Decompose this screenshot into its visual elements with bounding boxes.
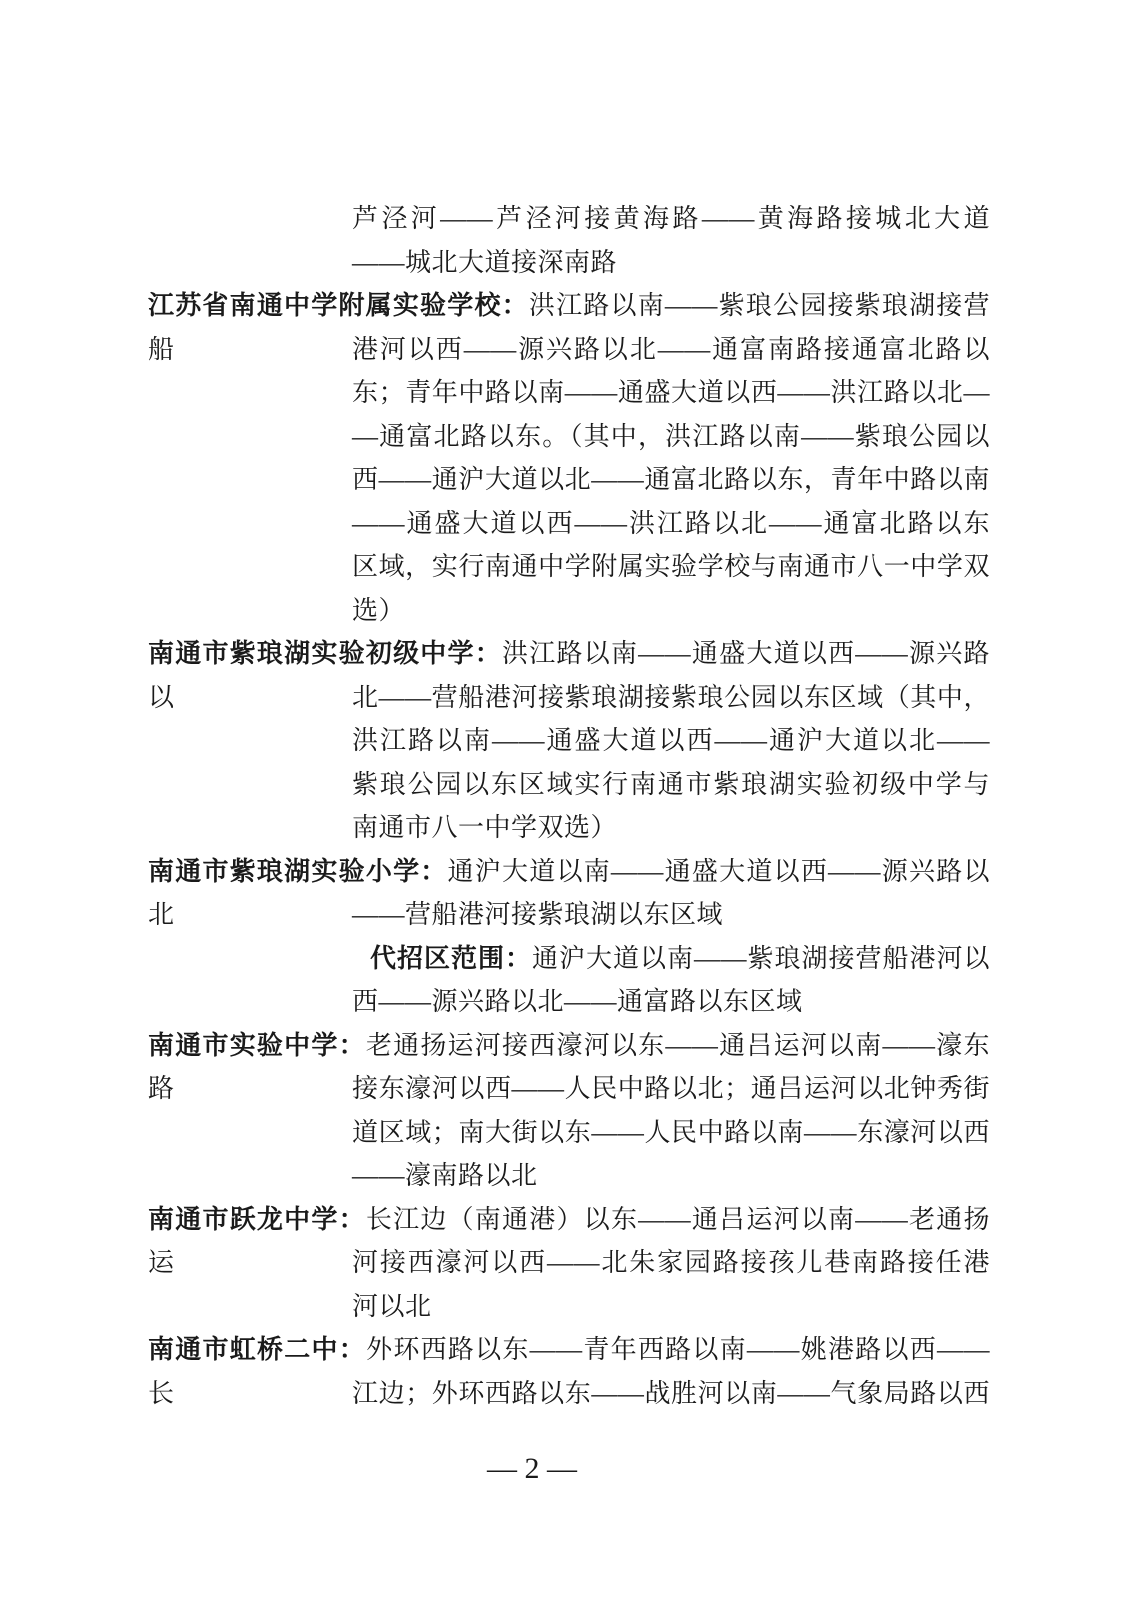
text-line: 芦泾河——芦泾河接黄海路——黄海路接城北大道 — [352, 197, 990, 241]
school-name-label: 南通市虹桥二中： — [148, 1335, 366, 1364]
text-line: ——通盛大道以西——洪江路以北——通富北路以东 — [352, 502, 990, 546]
school-zone-paragraph: 江苏省南通中学附属实验学校：洪江路以南——紫琅公园接紫琅湖接营船 港河以西——源… — [148, 284, 990, 632]
school-name-label: 南通市紫琅湖实验小学： — [148, 857, 448, 886]
zone-text: 芦泾河——芦泾河接黄海路——黄海路接城北大道 — [352, 204, 990, 233]
school-zone-paragraph: 南通市紫琅湖实验小学：通沪大道以南——通盛大道以西——源兴路以北 ——营船港河接… — [148, 850, 990, 1024]
text-line: 南通市八一中学双选） — [352, 806, 990, 850]
school-zone-paragraph: 南通市实验中学：老通扬运河接西濠河以东——通吕运河以南——濠东路 接东濠河以西—… — [148, 1024, 990, 1198]
text-line: 南通市虹桥二中：外环西路以东——青年西路以南——姚港路以西——长 — [148, 1328, 990, 1372]
zone-text: ——城北大道接深南路 — [352, 248, 617, 277]
daizhao-range-label: 代招区范围： — [370, 944, 532, 973]
text-line: 接东濠河以西——人民中路以北；通吕运河以北钟秀街 — [352, 1067, 990, 1111]
page-number: — 2 — — [148, 1452, 916, 1486]
school-name-label: 南通市紫琅湖实验初级中学： — [148, 639, 502, 668]
text-line: 南通市紫琅湖实验初级中学：洪江路以南——通盛大道以西——源兴路以 — [148, 632, 990, 676]
content-area: 芦泾河——芦泾河接黄海路——黄海路接城北大道 ——城北大道接深南路 江苏省南通中… — [148, 197, 990, 1415]
text-line: 河以北 — [352, 1285, 990, 1329]
text-line: 港河以西——源兴路以北——通富南路接通富北路以 — [352, 328, 990, 372]
text-line: 西——源兴路以北——通富路以东区域 — [352, 980, 990, 1024]
text-line: —通富北路以东。（其中，洪江路以南——紫琅公园以 — [352, 415, 990, 459]
school-zone-paragraph: 南通市紫琅湖实验初级中学：洪江路以南——通盛大道以西——源兴路以 北——营船港河… — [148, 632, 990, 850]
text-line: 洪江路以南——通盛大道以西——通沪大道以北—— — [352, 719, 990, 763]
text-line: 江边；外环西路以东——战胜河以南——气象局路以西 — [352, 1372, 990, 1416]
zone-text: 洪江路以南——通盛大道以西——通沪大道以北—— — [352, 726, 990, 755]
zone-text: 通沪大道以南——紫琅湖接营船港河以 — [532, 944, 990, 973]
text-line: 南通市跃龙中学：长江边（南通港）以东——通吕运河以南——老通扬运 — [148, 1198, 990, 1242]
zone-text: 江边；外环西路以东——战胜河以南——气象局路以西 — [352, 1379, 990, 1408]
text-line: 紫琅公园以东区域实行南通市紫琅湖实验初级中学与 — [352, 763, 990, 807]
school-zone-paragraph: 芦泾河——芦泾河接黄海路——黄海路接城北大道 ——城北大道接深南路 — [148, 197, 990, 284]
school-name-label: 江苏省南通中学附属实验学校： — [148, 291, 529, 320]
text-line: 东；青年中路以南——通盛大道以西——洪江路以北— — [352, 371, 990, 415]
text-line: 选） — [352, 589, 990, 633]
zone-text: 西——通沪大道以北——通富北路以东，青年中路以南 — [352, 465, 990, 494]
zone-text: ——濠南路以北 — [352, 1161, 538, 1190]
text-line: ——城北大道接深南路 — [352, 241, 990, 285]
zone-text: 道区域；南大街以东——人民中路以南——东濠河以西 — [352, 1118, 990, 1147]
zone-text: —通富北路以东。（其中，洪江路以南——紫琅公园以 — [352, 422, 990, 451]
text-line: ——营船港河接紫琅湖以东区域 — [352, 893, 990, 937]
zone-text: 河以北 — [352, 1292, 432, 1321]
school-zone-paragraph: 南通市跃龙中学：长江边（南通港）以东——通吕运河以南——老通扬运 河接西濠河以西… — [148, 1198, 990, 1329]
text-line: 南通市实验中学：老通扬运河接西濠河以东——通吕运河以南——濠东路 — [148, 1024, 990, 1068]
text-line: 江苏省南通中学附属实验学校：洪江路以南——紫琅公园接紫琅湖接营船 — [148, 284, 990, 328]
text-line: 河接西濠河以西——北朱家园路接孩儿巷南路接任港 — [352, 1241, 990, 1285]
text-line: 北——营船港河接紫琅湖接紫琅公园以东区域（其中， — [352, 676, 990, 720]
school-zone-paragraph: 南通市虹桥二中：外环西路以东——青年西路以南——姚港路以西——长 江边；外环西路… — [148, 1328, 990, 1415]
zone-text: 南通市八一中学双选） — [352, 813, 617, 842]
zone-text: 东；青年中路以南——通盛大道以西——洪江路以北— — [352, 378, 990, 407]
zone-text: 选） — [352, 596, 405, 625]
zone-text: 西——源兴路以北——通富路以东区域 — [352, 987, 803, 1016]
zone-text: ——营船港河接紫琅湖以东区域 — [352, 900, 723, 929]
zone-text: 河接西濠河以西——北朱家园路接孩儿巷南路接任港 — [352, 1248, 990, 1277]
document-page: 芦泾河——芦泾河接黄海路——黄海路接城北大道 ——城北大道接深南路 江苏省南通中… — [0, 0, 1131, 1600]
text-line: 南通市紫琅湖实验小学：通沪大道以南——通盛大道以西——源兴路以北 — [148, 850, 990, 894]
school-name-label: 南通市跃龙中学： — [148, 1205, 366, 1234]
text-line: 代招区范围：通沪大道以南——紫琅湖接营船港河以 — [370, 937, 990, 981]
text-line: ——濠南路以北 — [352, 1154, 990, 1198]
zone-text: 区域，实行南通中学附属实验学校与南通市八一中学双 — [352, 552, 990, 581]
school-name-label: 南通市实验中学： — [148, 1031, 366, 1060]
text-line: 道区域；南大街以东——人民中路以南——东濠河以西 — [352, 1111, 990, 1155]
zone-text: 接东濠河以西——人民中路以北；通吕运河以北钟秀街 — [352, 1074, 990, 1103]
zone-text: 港河以西——源兴路以北——通富南路接通富北路以 — [352, 335, 990, 364]
text-line: 区域，实行南通中学附属实验学校与南通市八一中学双 — [352, 545, 990, 589]
text-line: 西——通沪大道以北——通富北路以东，青年中路以南 — [352, 458, 990, 502]
zone-text: 北——营船港河接紫琅湖接紫琅公园以东区域（其中， — [352, 683, 990, 712]
zone-text: 紫琅公园以东区域实行南通市紫琅湖实验初级中学与 — [352, 770, 990, 799]
zone-text: ——通盛大道以西——洪江路以北——通富北路以东 — [352, 509, 990, 538]
